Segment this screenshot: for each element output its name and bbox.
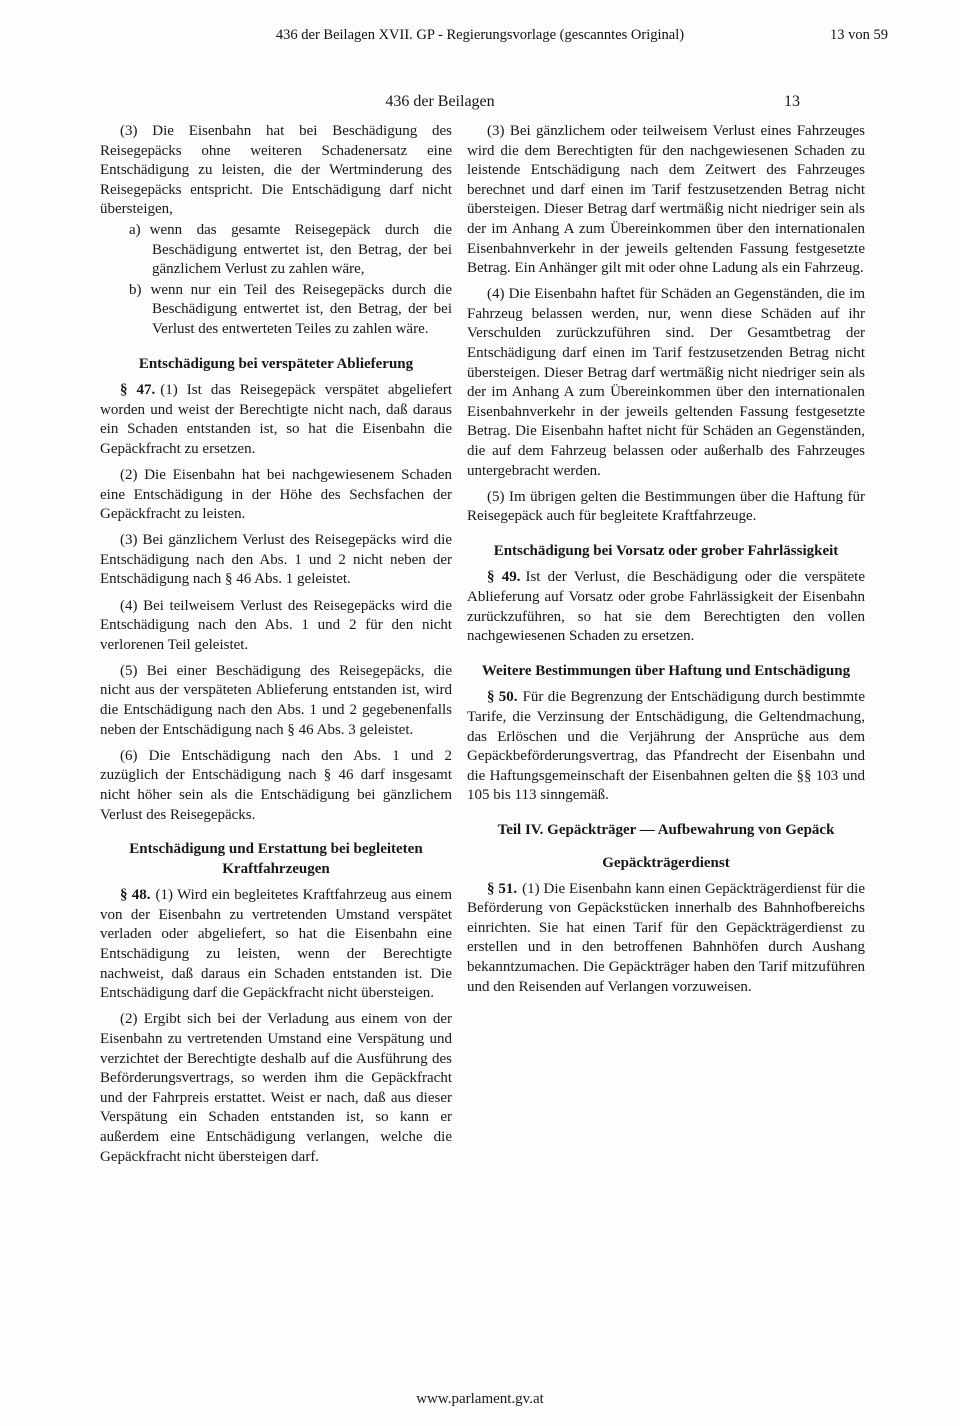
scan-header: 436 der Beilagen XVII. GP - Regierungsvo… <box>0 27 960 44</box>
section-heading-verspaetete-ablieferung: Entschädigung bei verspäteter Ablieferun… <box>106 355 446 375</box>
left-column: (3) Die Eisenbahn hat bei Beschädigung d… <box>100 122 452 1167</box>
paragraph-48-1: § 48.(1) Wird ein begleitetes Kraftfahrz… <box>100 886 452 1004</box>
section-mark-48: § 48. <box>120 887 151 903</box>
paragraph-47-3: (3) Bei gänzlichem Verlust des Reisegepä… <box>100 531 452 590</box>
paragraph-47-6: (6) Die Entschädigung nach den Abs. 1 un… <box>100 747 452 825</box>
page-title: 436 der Beilagen <box>280 93 600 111</box>
paragraph-49-text: Ist der Verlust, die Beschädigung oder d… <box>467 569 865 644</box>
section-heading-weitere-bestimmungen: Weitere Bestimmungen über Haftung und En… <box>473 662 859 682</box>
paragraph-47-1: § 47.(1) Ist das Reisegepäck verspätet a… <box>100 381 452 459</box>
paragraph-48-2: (2) Ergibt sich bei der Verladung aus ei… <box>100 1010 452 1167</box>
section-mark-47: § 47. <box>120 382 155 398</box>
paragraph-50-text: Für die Begrenzung der Entschädigung dur… <box>467 689 865 803</box>
paragraph-47-2: (2) Die Eisenbahn hat bei nachgewiesenem… <box>100 466 452 525</box>
right-column: (3) Bei gänzlichem oder teilweisem Verlu… <box>467 122 865 997</box>
list-item-b: b)wenn nur ein Teil des Reisegepäcks dur… <box>100 281 452 340</box>
list-label-a: a) <box>129 222 141 238</box>
scan-header-title: 436 der Beilagen XVII. GP - Regierungsvo… <box>0 27 960 44</box>
paragraph-48-3: (3) Bei gänzlichem oder teilweisem Verlu… <box>467 122 865 279</box>
scan-page-indicator: 13 von 59 <box>830 27 888 44</box>
footer-url: www.parlament.gv.at <box>0 1391 960 1408</box>
section-heading-vorsatz: Entschädigung bei Vorsatz oder grober Fa… <box>473 542 859 562</box>
paragraph-48-5: (5) Im übrigen gelten die Bestimmungen ü… <box>467 488 865 527</box>
paragraph-51-1-text: (1) Die Eisenbahn kann einen Gepäckträge… <box>467 881 865 995</box>
section-mark-50: § 50. <box>487 689 518 705</box>
paragraph-48-1-text: (1) Wird ein begleitetes Kraftfahrzeug a… <box>100 887 452 1001</box>
list-item-a: a)wenn das gesamte Reisegepäck durch die… <box>100 221 452 280</box>
section-mark-49: § 49. <box>487 569 520 585</box>
list-text-a: wenn das gesamte Reisegepäck durch die B… <box>150 222 452 277</box>
part-heading-teil-4: Teil IV. Gepäckträger — Aufbewahrung von… <box>473 821 859 841</box>
paragraph-51-1: § 51.(1) Die Eisenbahn kann einen Gepäck… <box>467 880 865 998</box>
paragraph-47-5: (5) Bei einer Beschädigung des Reisegepä… <box>100 662 452 740</box>
page-number: 13 <box>784 93 800 111</box>
list-text-b: wenn nur ein Teil des Reisegepäcks durch… <box>151 282 453 337</box>
paragraph-49: § 49.Ist der Verlust, die Beschädigung o… <box>467 568 865 646</box>
paragraph-47-4: (4) Bei teilweisem Verlust des Reisegepä… <box>100 597 452 656</box>
section-heading-kraftfahrzeuge: Entschädigung und Erstattung bei begleit… <box>106 840 446 879</box>
section-mark-51: § 51. <box>487 881 517 897</box>
paragraph-46-3: (3) Die Eisenbahn hat bei Beschädigung d… <box>100 122 452 220</box>
list-label-b: b) <box>129 282 142 298</box>
section-heading-gepaecktraegerdienst: Gepäckträgerdienst <box>467 854 865 874</box>
paragraph-50: § 50.Für die Begrenzung der Entschädigun… <box>467 688 865 806</box>
paragraph-48-4: (4) Die Eisenbahn haftet für Schäden an … <box>467 285 865 481</box>
scanned-document-page: 436 der Beilagen XVII. GP - Regierungsvo… <box>0 0 960 1426</box>
